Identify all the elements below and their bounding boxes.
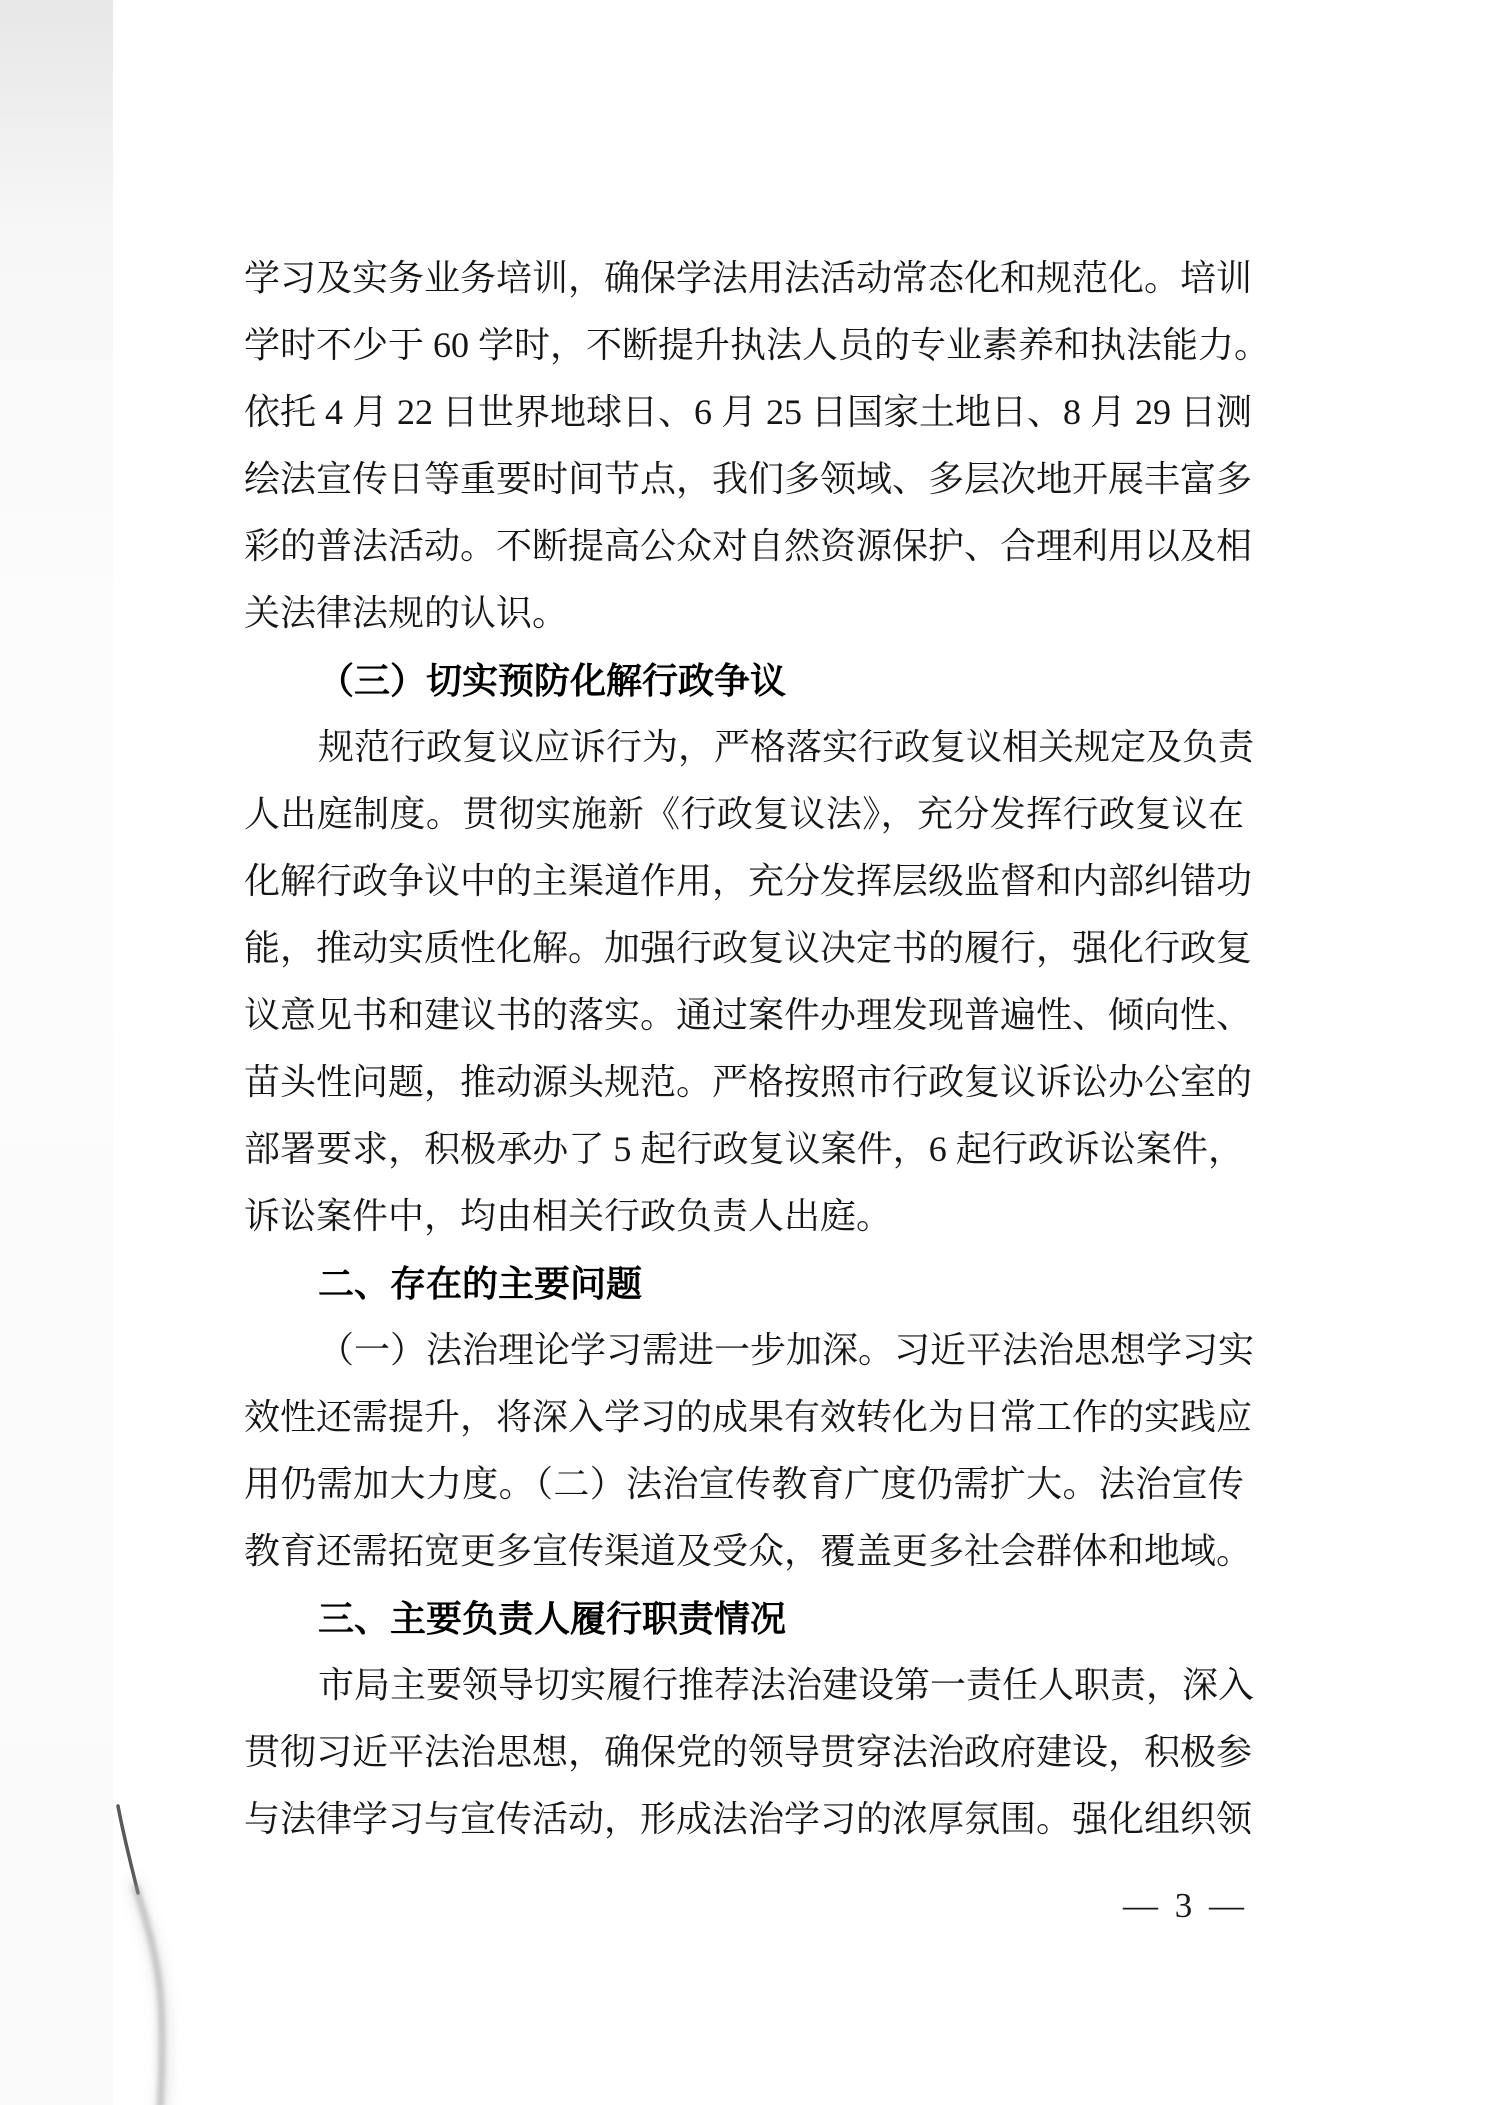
scan-corner-shadow: [0, 0, 113, 235]
text-line: 部署要求，积极承办了 5 起行政复议案件，6 起行政诉讼案件，: [244, 1116, 1244, 1183]
text-line: 诉讼案件中，均由相关行政负责人出庭。: [244, 1183, 1244, 1250]
heading-part-2: 二、存在的主要问题: [244, 1250, 1244, 1317]
scan-edge-shadow: [0, 0, 113, 2105]
text-line: 人出庭制度。贯彻实施新《行政复议法》，充分发挥行政复议在: [244, 781, 1244, 848]
text-line: 议意见书和建议书的落实。通过案件办理发现普遍性、倾向性、: [244, 982, 1244, 1049]
text-line: 苗头性问题，推动源头规范。严格按照市行政复议诉讼办公室的: [244, 1049, 1244, 1116]
text-line: 市局主要领导切实履行推荐法治建设第一责任人职责，深入: [244, 1652, 1244, 1719]
text-line: 用仍需加大力度。（二）法治宣传教育广度仍需扩大。法治宣传: [244, 1451, 1244, 1518]
text-line: 学习及实务业务培训，确保学法用法活动常态化和规范化。培训: [244, 245, 1244, 312]
heading-section-3: （三）切实预防化解行政争议: [244, 647, 1244, 714]
text-line: 关法律法规的认识。: [244, 580, 1244, 647]
scanned-document-page: 学习及实务业务培训，确保学法用法活动常态化和规范化。培训 学时不少于 60 学时…: [0, 0, 1487, 2105]
document-body: 学习及实务业务培训，确保学法用法活动常态化和规范化。培训 学时不少于 60 学时…: [244, 245, 1244, 1853]
text-line: 效性还需提升，将深入学习的成果有效转化为日常工作的实践应: [244, 1384, 1244, 1451]
text-line: 依托 4 月 22 日世界地球日、6 月 25 日国家土地日、8 月 29 日测: [244, 379, 1244, 446]
text-line: 彩的普法活动。不断提高公众对自然资源保护、合理利用以及相: [244, 513, 1244, 580]
text-line: 能，推动实质性化解。加强行政复议决定书的履行，强化行政复: [244, 915, 1244, 982]
text-line: 贯彻习近平法治思想，确保党的领导贯穿法治政府建设，积极参: [244, 1719, 1244, 1786]
text-line: 绘法宣传日等重要时间节点，我们多领域、多层次地开展丰富多: [244, 446, 1244, 513]
text-line: 规范行政复议应诉行为，严格落实行政复议相关规定及负责: [244, 714, 1244, 781]
text-line: 与法律学习与宣传活动，形成法治学习的浓厚氛围。强化组织领: [244, 1786, 1244, 1853]
text-line: 化解行政争议中的主渠道作用，充分发挥层级监督和内部纠错功: [244, 848, 1244, 915]
text-line: 学时不少于 60 学时，不断提升执法人员的专业素养和执法能力。: [244, 312, 1244, 379]
text-line: （一）法治理论学习需进一步加深。习近平法治思想学习实: [244, 1317, 1244, 1384]
page-number: — 3 —: [244, 1886, 1248, 1926]
text-line: 教育还需拓宽更多宣传渠道及受众，覆盖更多社会群体和地域。: [244, 1518, 1244, 1585]
heading-part-3: 三、主要负责人履行职责情况: [244, 1585, 1244, 1652]
